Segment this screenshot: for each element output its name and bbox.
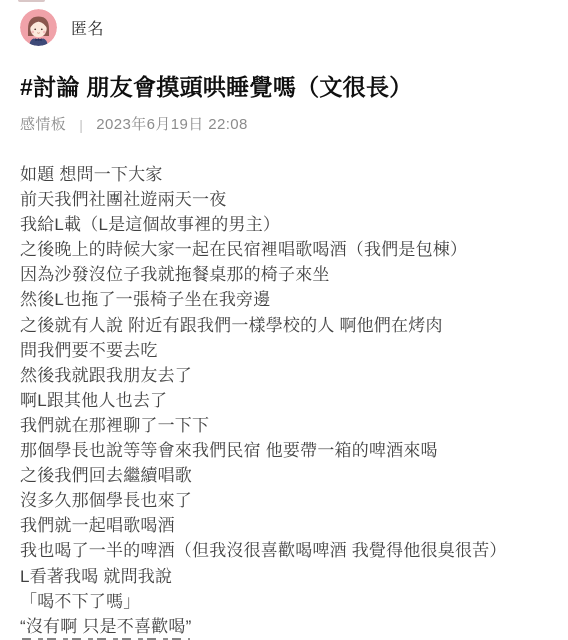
post-line: 我們就在那裡聊了一下下 <box>20 413 548 438</box>
post-line: 問我們要不要去吃 <box>20 338 548 363</box>
post-line: 啊L跟其他人也去了 <box>20 388 548 413</box>
post-line: 沒多久那個學長也來了 <box>20 488 548 513</box>
post-page: 匿名 #討論 朋友會摸頭哄睡覺嗎（文很長） 感情板 | 2023年6月19日 2… <box>0 0 568 640</box>
post-header: 匿名 <box>20 0 548 46</box>
clipped-element-above <box>18 0 45 2</box>
post-line: 之後就有人說 附近有跟我們一樣學校的人 啊他們在烤肉 <box>20 313 548 338</box>
post-body: 如題 想問一下大家 前天我們社團社遊兩天一夜 我給L載（L是這個故事裡的男主） … <box>20 162 548 639</box>
post-line: 前天我們社團社遊兩天一夜 <box>20 187 548 212</box>
post-meta: 感情板 | 2023年6月19日 22:08 <box>20 115 548 135</box>
post-timestamp: 2023年6月19日 22:08 <box>96 115 248 135</box>
post-line: 我給L載（L是這個故事裡的男主） <box>20 212 548 237</box>
post-line: 之後晚上的時候大家一起在民宿裡唱歌喝酒（我們是包棟） <box>20 237 548 262</box>
board-link[interactable]: 感情板 <box>20 115 66 135</box>
author-name: 匿名 <box>71 16 104 39</box>
anonymous-girl-avatar-icon <box>20 9 57 46</box>
post-line: 如題 想問一下大家 <box>20 162 548 187</box>
post-line: 然後L也拖了一張椅子坐在我旁邊 <box>20 287 548 312</box>
post-line: 我也喝了一半的啤酒（但我沒很喜歡喝啤酒 我覺得他很臭很苦） <box>20 538 548 563</box>
post-line: 因為沙發沒位子我就拖餐桌那的椅子來坐 <box>20 262 548 287</box>
post-line: L看著我喝 就問我說 <box>20 564 548 589</box>
post-line: 我們就一起唱歌喝酒 <box>20 513 548 538</box>
post-line: 之後我們回去繼續唱歌 <box>20 463 548 488</box>
post-line: 「喝不下了嗎」 <box>20 589 548 614</box>
meta-separator: | <box>79 115 83 135</box>
post-title: #討論 朋友會摸頭哄睡覺嗎（文很長） <box>20 72 548 102</box>
avatar <box>20 9 57 46</box>
post-line: 那個學長也說等等會來我們民宿 他要帶一箱的啤酒來喝 <box>20 438 548 463</box>
post-line: 然後我就跟我朋友去了 <box>20 363 548 388</box>
post-line: “沒有啊 只是不喜歡喝” <box>20 614 548 639</box>
